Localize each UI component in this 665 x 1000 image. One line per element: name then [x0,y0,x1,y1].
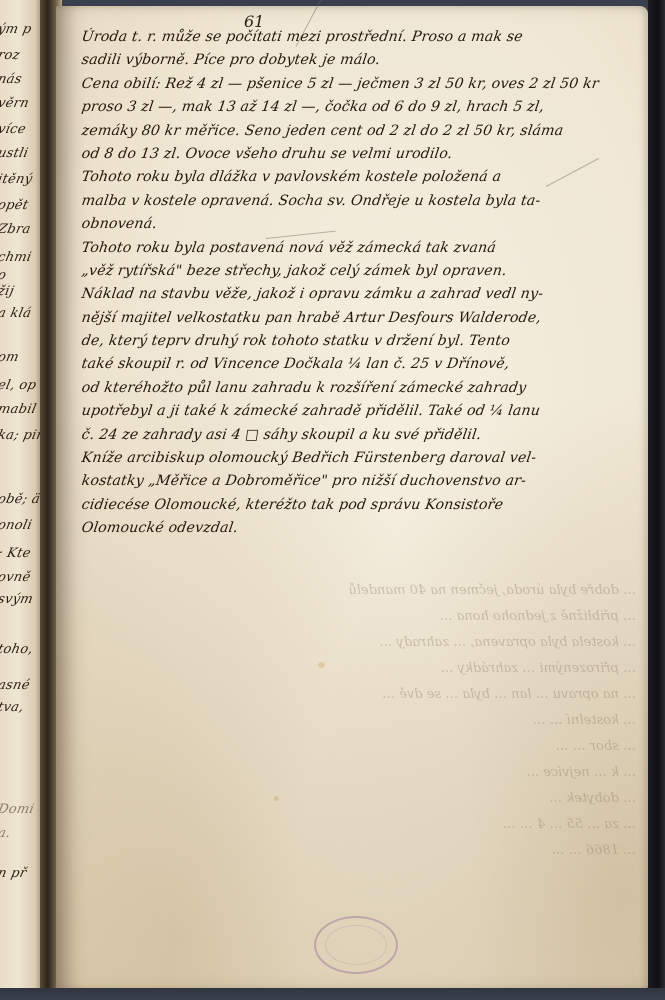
text-line: od 8 do 13 zl. Ovoce všeho druhu se velm… [80,143,643,166]
handwritten-text: Úroda t. r. může se počítati mezi prostř… [80,26,640,541]
left-page-text: opět [0,198,30,213]
left-page-text: onoli [0,518,33,533]
text-line: upotřebyl a ji také k zámecké zahradě př… [80,400,643,423]
text-line: Cena obilí: Rež 4 zl — pšenice 5 zl — je… [80,73,643,96]
left-page-text: Domi [0,802,36,817]
text-line: de, který teprv druhý rok tohoto statku … [80,330,643,353]
text-line: sadili výborně. Píce pro dobytek je málo… [80,49,643,72]
text-line: č. 24 ze zahrady asi 4 □ sáhy skoupil a … [80,424,643,447]
text-line: kostatky „Měřice a Dobroměřice" pro nižš… [80,470,643,493]
left-page-text: nás [0,72,23,87]
left-page-text: mabil [0,402,38,417]
left-page-text: itěný [0,172,34,187]
bleed-line: … dobře byla úroda, ječmen na 40 mandelů [86,578,636,604]
left-page-text: o [0,268,8,283]
bleed-line: … přirozenými … zahrádky … [86,656,636,682]
text-line: obnovená. [80,213,643,236]
manuscript-page: 61 … dobře byla úroda, ječmen na 40 mand… [56,6,648,990]
text-line: také skoupil r. od Vincence Dočkala ¼ la… [80,353,643,376]
text-line: proso 3 zl —, mak 13 až 14 zl —, čočka o… [80,96,643,119]
left-page-text: Zbra [0,222,32,237]
paper-stain [274,796,279,801]
left-page-text: el, op [0,378,38,393]
text-line: malba v kostele opravená. Socha sv. Ondř… [80,190,643,213]
left-page-text: chmi [0,250,33,265]
text-line: „věž rytířská" beze střechy, jakož celý … [80,260,643,283]
left-page-text: n př [0,866,28,881]
text-line: Tohoto roku byla dlážka v pavlovském kos… [80,166,643,189]
left-page-text: toho, [0,642,34,657]
text-line: nější majitel velkostatku pan hrabě Artu… [80,307,643,330]
text-line: Náklad na stavbu věže, jakož i opravu zá… [80,283,643,306]
bleed-line: … za … 55 … 4 … … [86,812,636,838]
left-page-text: žij [0,284,16,299]
text-line: Kníže arcibiskup olomoucký Bedřich Fürst… [80,447,643,470]
paper-stain [318,662,325,668]
text-line: zemáky 80 kr měřice. Seno jeden cent od … [80,120,643,143]
bleed-line: … dobytek … [86,786,636,812]
text-line: Úroda t. r. může se počítati mezi prostř… [80,26,643,49]
left-page-text: a. [0,826,12,841]
table-surface [0,988,665,1000]
bleed-line: … kostelní … … [86,708,636,734]
text-line: cidiecése Olomoucké, kteréžto tak pod sp… [80,494,643,517]
left-page-text: om [0,350,20,365]
text-line: od kteréhožto půl lanu zahradu k rozšíře… [80,377,643,400]
book-cover-edge [648,0,665,1000]
left-page-text: ; Kte [0,546,32,561]
stamp-inner-ring [325,925,387,965]
left-page-text: svým [0,592,34,607]
text-line: Olomoucké odevzdal. [80,517,643,540]
left-page-text: roz [0,48,21,63]
bleed-line: … na opravu … lan … byla … se dvě … [86,682,636,708]
left-page-text: ovně [0,570,32,585]
left-page-text: ým p [0,22,33,37]
text-line: Tohoto roku byla postavená nová věž záme… [80,237,643,260]
left-page-text: více [0,122,27,137]
left-page-text: věrn [0,96,30,111]
left-page-text: tva, [0,700,25,715]
library-stamp [314,916,398,974]
bleed-line: … kostela byla opravena, … zahrady … [86,630,636,656]
bleed-through-text: … dobře byla úroda, ječmen na 40 mandelů… [86,578,636,864]
bleed-line: … k … nejvíce ... [86,760,636,786]
left-page-text: ustli [0,146,30,161]
bleed-line: … sbor … … [86,734,636,760]
manuscript-photo: ým p roz nás věrn více ustli itěný opět … [0,0,665,1000]
left-page-text: ka; pin [0,428,44,443]
left-page-text: a klá [0,306,33,321]
left-page-text: obě; ä [0,492,42,507]
bleed-line: … 1866 … … [86,838,636,864]
left-page-text: asné [0,678,31,693]
previous-page-fragment: ým p roz nás věrn více ustli itěný opět … [0,0,44,990]
bleed-line: … přibližně z jednoho hona … [86,604,636,630]
